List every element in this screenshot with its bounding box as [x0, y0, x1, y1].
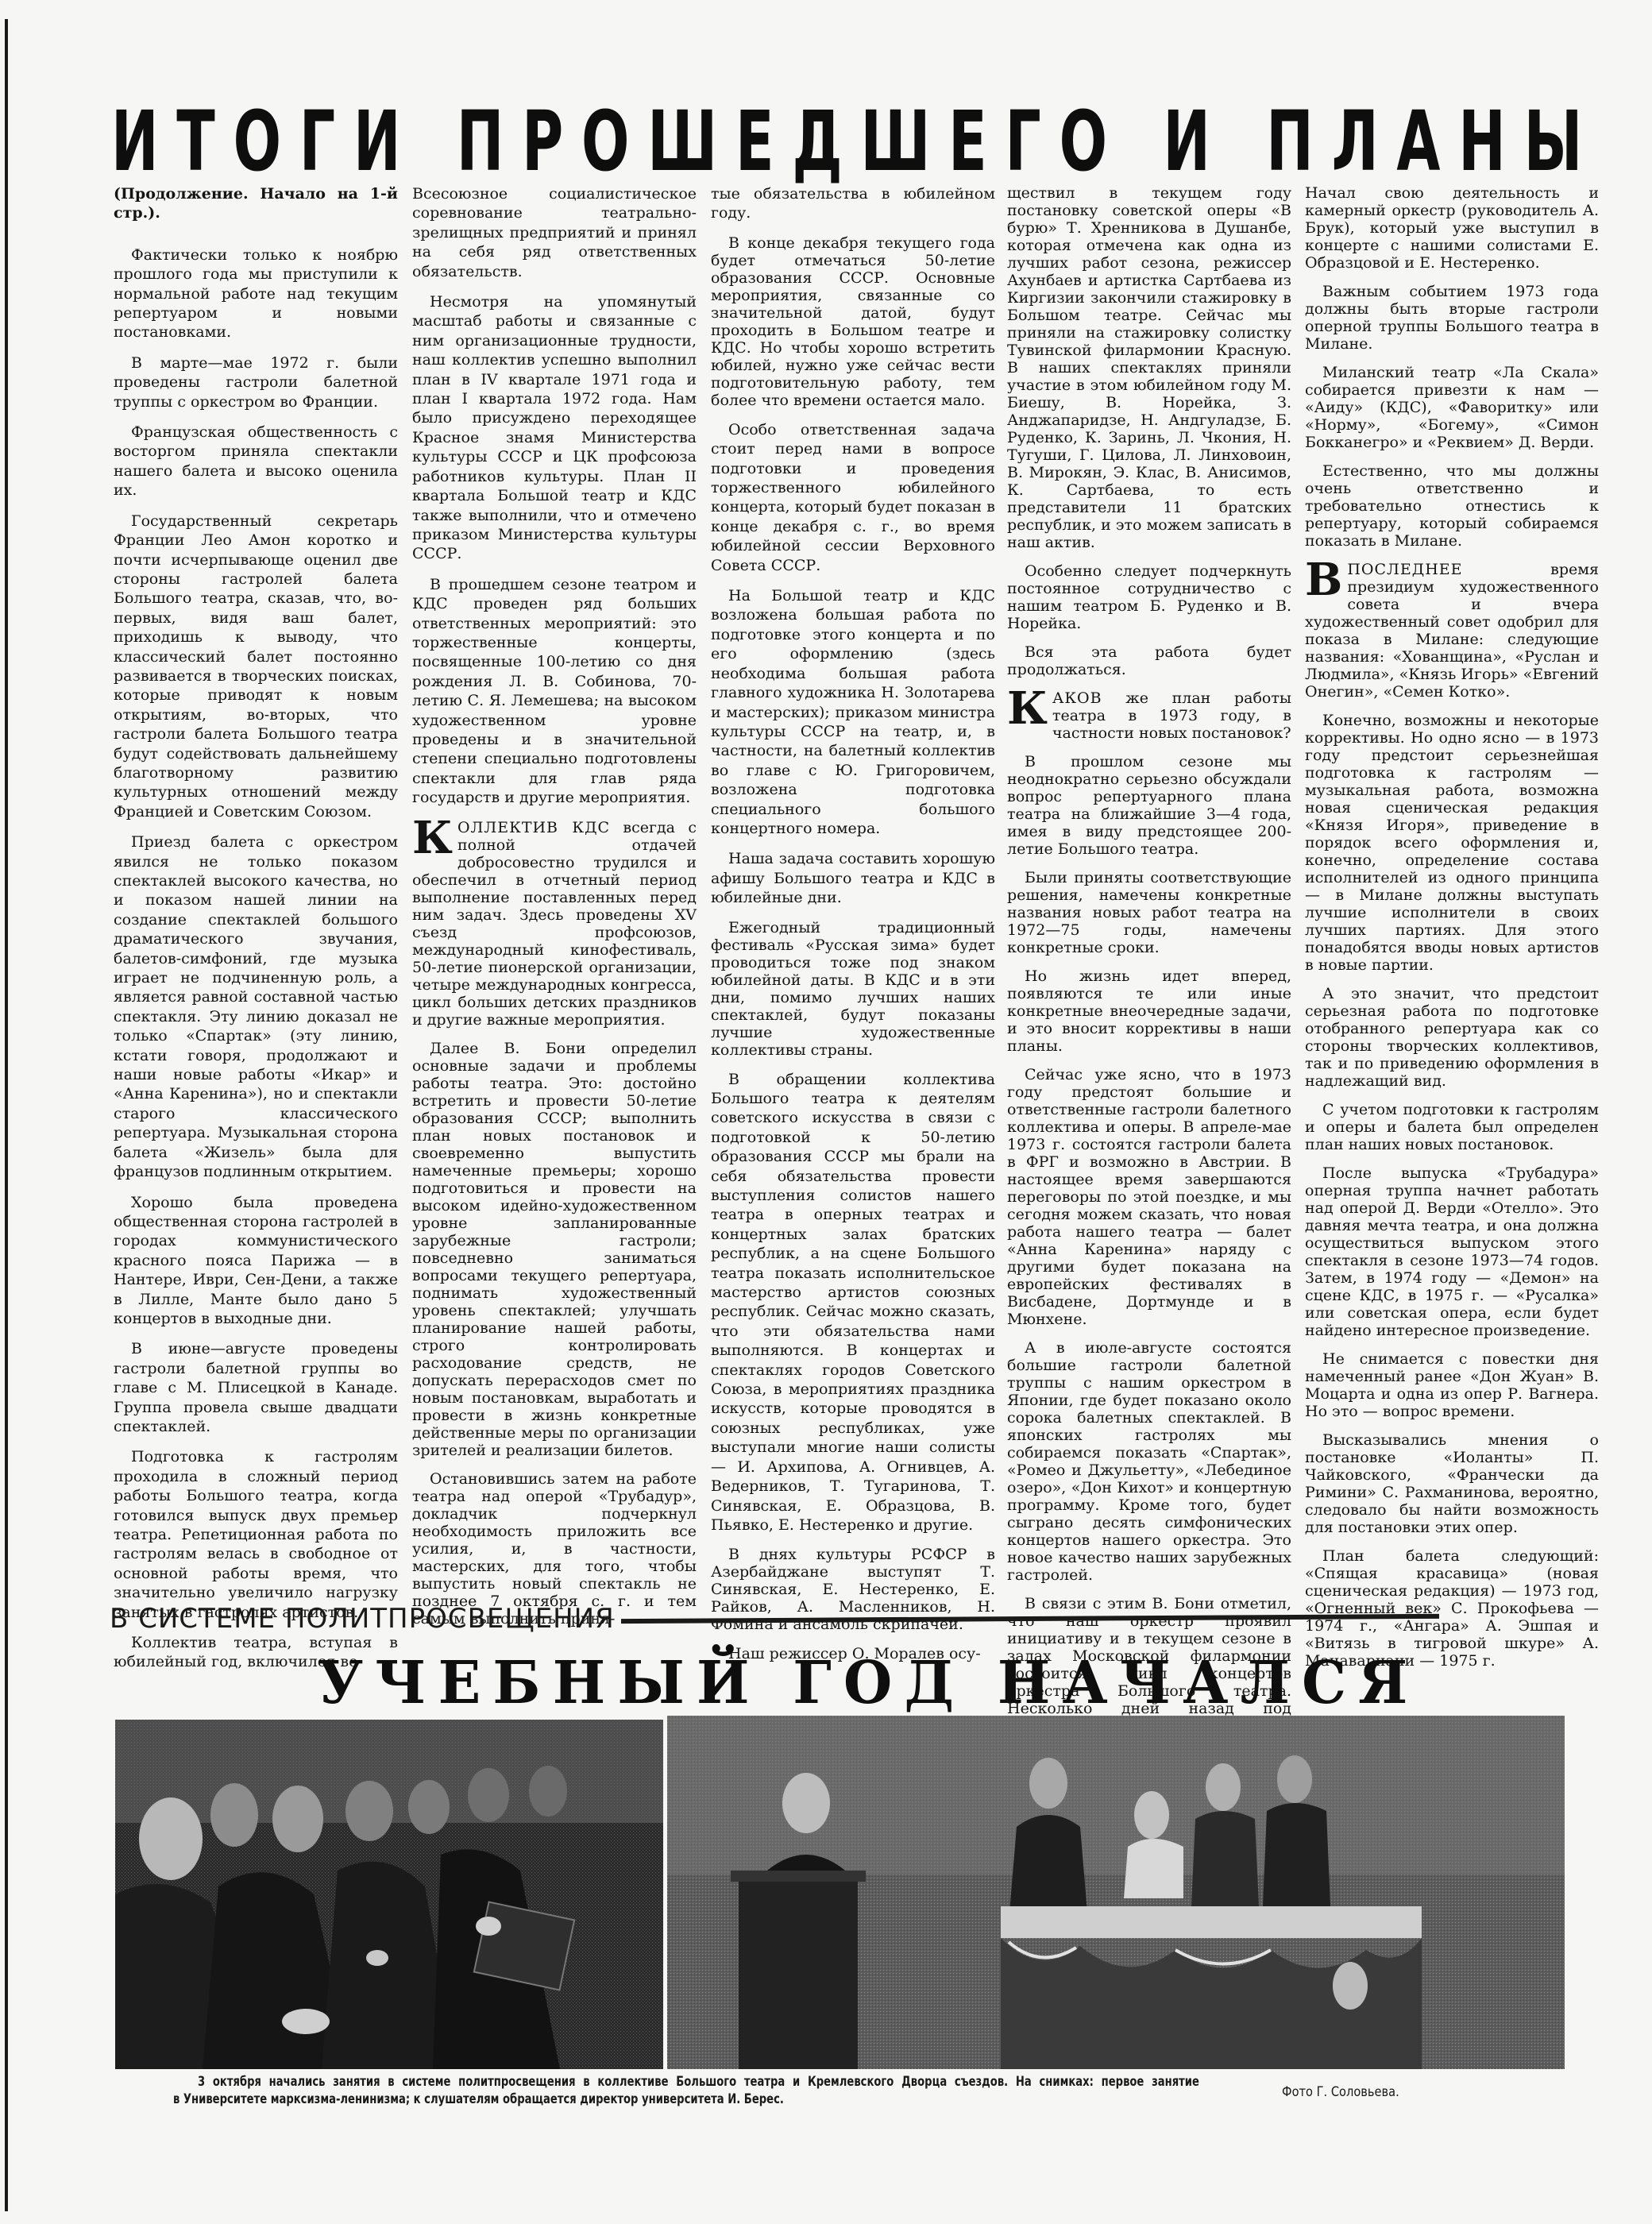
paragraph: Были приняты соответствующие решения, на… [1007, 869, 1291, 956]
paragraph: В конце декабря текущего года будет отме… [711, 234, 995, 409]
page-edge-rule [5, 19, 8, 2211]
paragraph: Конечно, возможны и некоторые коррективы… [1305, 712, 1599, 974]
paragraph: Далее В. Бони определил основные задачи … [412, 1040, 697, 1459]
photo-audience [115, 1720, 663, 2069]
paragraph: В прошедшем сезоне театром и КДС проведе… [412, 575, 697, 808]
second-headline: УЧЕБНЫЙ ГОД НАЧАЛСЯ [318, 1647, 1374, 1719]
continuation-note: (Продолжение. Начало на 1-й стр.). [114, 184, 398, 223]
article-column-2: Всесоюзное социалистическое соревнование… [412, 184, 697, 1639]
photo-audience-image [115, 1720, 663, 2069]
article-body: (Продолжение. Начало на 1-й стр.). Факти… [114, 184, 1627, 1582]
lead-caps: ПОСЛЕДНЕЕ [1347, 561, 1462, 578]
paragraph: С учетом подготовки к гастролям и оперы … [1305, 1101, 1599, 1153]
photo-credit: Фото Г. Соловьева. [1282, 2084, 1399, 2100]
paragraph: После выпуска «Трубадура» оперная труппа… [1305, 1164, 1599, 1339]
paragraph: В обращении коллектива Большого театра к… [711, 1070, 995, 1535]
lead-text: время президиум художественного совета и… [1305, 561, 1599, 701]
section-kicker: В СИСТЕМЕ ПОЛИТПРОСВЕЩЕНИЯ [110, 1595, 1439, 1643]
section-lead-kds: КОЛЛЕКТИВ КДС всегда с полной отдачей до… [412, 819, 697, 1029]
section-lead-milan: ВПОСЛЕДНЕЕ время президиум художественно… [1305, 561, 1599, 701]
paragraph: Сейчас уже ясно, что в 1973 году предсто… [1007, 1066, 1291, 1328]
article-column-5: Начал свою деятельность и камерный оркес… [1305, 184, 1599, 1681]
drop-cap: К [412, 820, 453, 855]
paragraph: Высказывались мнения о постановке «Иолан… [1305, 1431, 1599, 1536]
kicker-rule [621, 1614, 1439, 1624]
paragraph: Важным событием 1973 года должны быть вт… [1305, 283, 1599, 353]
paragraph: Естественно, что мы должны очень ответст… [1305, 462, 1599, 550]
article-column-4: ществил в текущем году постановку советс… [1007, 184, 1291, 1798]
paragraph: Вся эта работа будет продолжаться. [1007, 643, 1291, 678]
lead-caps: АКОВ [1052, 689, 1102, 707]
lead-caps: ОЛЛЕКТИВ КДС [457, 819, 610, 836]
paragraph: ществил в текущем году постановку советс… [1007, 184, 1291, 551]
main-headline-text: ИТОГИ ПРОШЕДШЕГО И ПЛАНЫ [111, 102, 1600, 181]
paragraph: Приезд балета с оркестром явился не толь… [114, 832, 398, 1181]
paragraph: Но жизнь идет вперед, появляются те или … [1007, 967, 1291, 1055]
paragraph: В марте—мае 1972 г. были проведены гастр… [114, 353, 398, 411]
section-lead-plans-1973: КАКОВ же план работы театра в 1973 году,… [1007, 689, 1291, 742]
paragraph: А это значит, что предстоит серьезная ра… [1305, 985, 1599, 1090]
kicker-text: В СИСТЕМЕ ПОЛИТПРОСВЕЩЕНИЯ [110, 1603, 615, 1635]
lead-text: всегда с полной отдачей добросовестно тр… [412, 819, 697, 1029]
drop-cap: В [1305, 562, 1342, 597]
paragraph: Государственный секретарь Франции Лео Ам… [114, 512, 398, 822]
photo-lectern [667, 1716, 1565, 2069]
paragraph: Особенно следует подчеркнуть постоянное … [1007, 562, 1291, 632]
paragraph: Особо ответственная задача стоит перед н… [711, 420, 995, 575]
paragraph: В прошлом сезоне мы неоднократно серьезн… [1007, 753, 1291, 858]
paragraph: Ежегодный традиционный фестиваль «Русска… [711, 919, 995, 1059]
main-headline: ИТОГИ ПРОШЕДШЕГО И ПЛАНЫ [111, 102, 1234, 181]
paragraph: Несмотря на упомянутый масштаб работы и … [412, 292, 697, 564]
photo-lectern-image [667, 1716, 1565, 2069]
paragraph: На Большой театр и КДС возложена большая… [711, 586, 995, 838]
caption-line-2: в Университете марксизма-ленинизма; к сл… [173, 2091, 1368, 2108]
caption-line-1: 3 октября начались занятия в системе пол… [173, 2073, 1368, 2091]
drop-cap: К [1007, 691, 1048, 726]
paragraph: Французская общественность с восторгом п… [114, 423, 398, 500]
paragraph: Хорошо была проведена общественная сторо… [114, 1193, 398, 1329]
article-column-1: (Продолжение. Начало на 1-й стр.). Факти… [114, 184, 398, 1683]
paragraph: тые обязательства в юбилейном году. [711, 184, 995, 223]
paragraph: Не снимается с повестки дня намеченный р… [1305, 1350, 1599, 1420]
paragraph: Всесоюзное социалистическое соревнование… [412, 184, 697, 281]
article-column-3: тые обязательства в юбилейном году. В ко… [711, 184, 995, 1675]
paragraph: Фактически только к ноябрю прошлого года… [114, 245, 398, 342]
paragraph: Начал свою деятельность и камерный оркес… [1305, 184, 1599, 272]
paragraph: Наша задача составить хорошую афишу Боль… [711, 849, 995, 907]
paragraph: А в июле-августе состоятся большие гастр… [1007, 1339, 1291, 1584]
paragraph: В июне—августе проведены гастроли балетн… [114, 1339, 398, 1436]
photo-caption: 3 октября начались занятия в системе пол… [173, 2073, 1368, 2108]
paragraph: Миланский театр «Ла Скала» собирается пр… [1305, 364, 1599, 451]
